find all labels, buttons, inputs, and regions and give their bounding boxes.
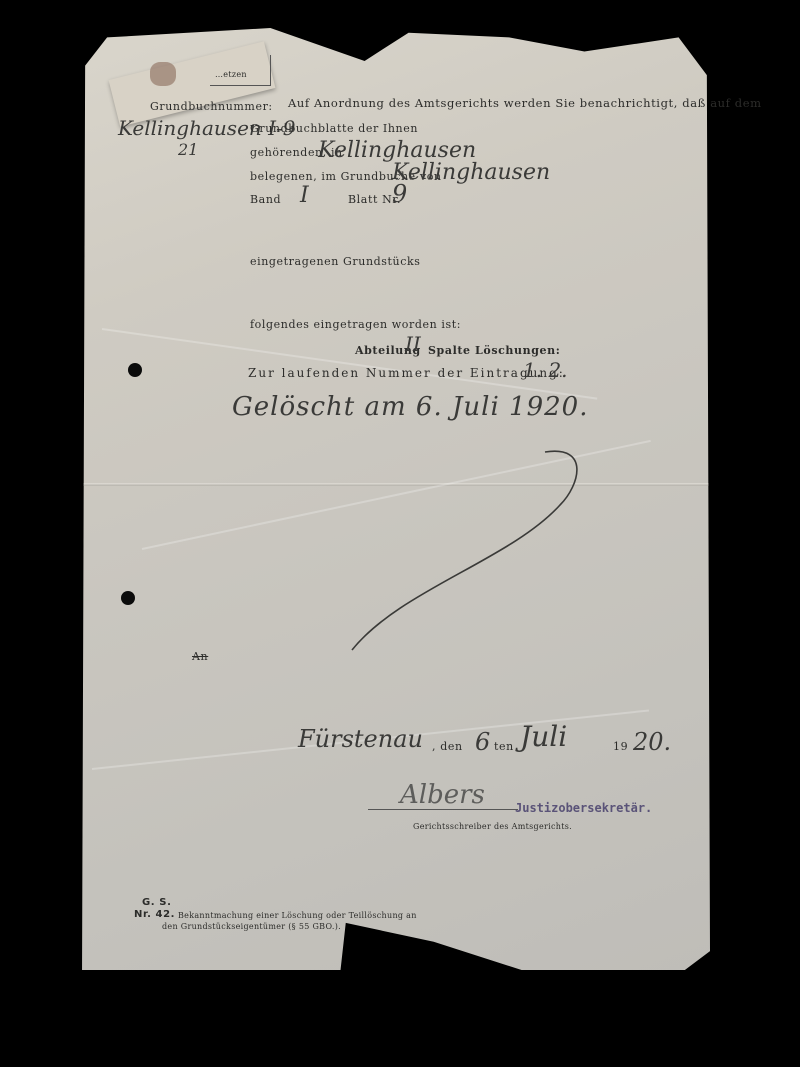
signature-line	[368, 809, 518, 810]
year-handwritten: 20.	[633, 728, 671, 756]
laufende-label: Zur laufenden Nummer der Eintragung:	[248, 366, 565, 380]
signer-caption: Gerichtsschreiber des Amtsgerichts.	[413, 822, 572, 831]
band-label: Band	[250, 193, 281, 206]
form-code: G. S.	[142, 897, 172, 908]
signature: Albers	[400, 780, 485, 810]
title-stamp: Justizobersekretär.	[515, 801, 652, 815]
den-label: , den	[432, 740, 463, 753]
spalte-label: Spalte Löschungen:	[428, 344, 560, 357]
grundbuchblatte-line: Grundbuchblatte der Ihnen	[250, 122, 418, 135]
punch-hole	[128, 363, 142, 377]
day-handwritten: 6	[475, 728, 490, 756]
an-label: An	[192, 650, 208, 663]
cancellation-stroke	[340, 440, 600, 660]
punch-hole	[121, 591, 135, 605]
year-prefix: 19	[613, 740, 628, 753]
place-handwritten: Fürstenau	[298, 725, 423, 753]
laufende-value: 1. 2.	[523, 358, 568, 382]
band-value: I	[300, 183, 309, 208]
folgendes-line: folgendes eingetragen worden ist:	[250, 318, 461, 331]
month-handwritten: Juli	[520, 720, 567, 753]
form-description-1: Bekanntmachung einer Löschung oder Teill…	[178, 911, 417, 920]
margin-handwriting-2: 21	[178, 140, 198, 159]
belegenen-place: Kellinghausen	[392, 160, 550, 185]
abteilung-value: II	[405, 332, 421, 356]
stain	[150, 62, 176, 86]
form-box-text: …etzen	[215, 70, 247, 79]
form-number: Nr. 42.	[134, 909, 175, 920]
intro-line: Auf Anordnung des Amtsgerichts werden Si…	[288, 96, 762, 110]
blatt-value: 9	[392, 180, 407, 208]
form-description-2: den Grundstückseigentümer (§ 55 GBO.).	[162, 922, 341, 931]
geloescht-entry: Gelöscht am 6. Juli 1920.	[232, 392, 588, 422]
ten-label: ten	[494, 740, 514, 753]
grundbuchnummer-label: Grundbuchnummer:	[150, 100, 273, 113]
eingetragenen-line: eingetragenen Grundstücks	[250, 255, 421, 268]
